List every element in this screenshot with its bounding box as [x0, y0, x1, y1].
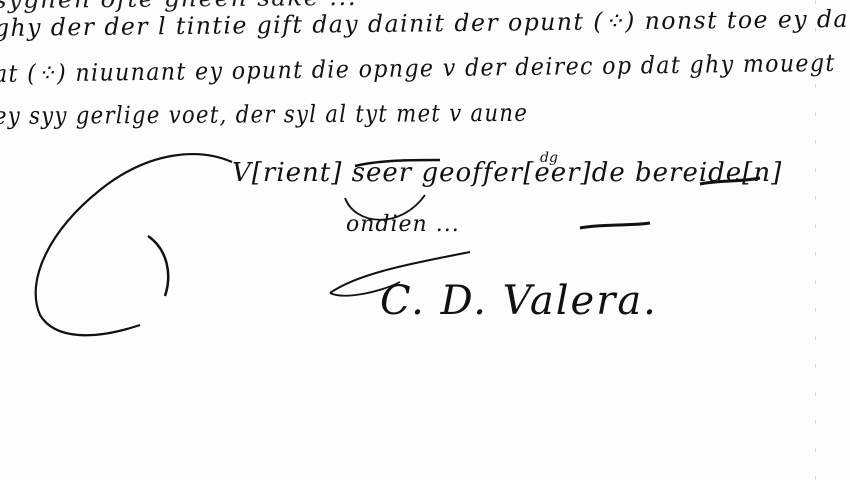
pen-flourish-icon [0, 0, 850, 480]
closing-superscript: dg [540, 150, 558, 166]
manuscript-page: syghen ofte gheen sake ... ghy der der l… [0, 0, 850, 480]
closing-line-1: V[rient] seer geoffer[eer]de bereide[n] [232, 158, 782, 188]
signature: C. D. Valera. [380, 278, 658, 324]
closing-line-2: ondien ... [346, 212, 460, 237]
page-edge-rule [815, 0, 816, 480]
